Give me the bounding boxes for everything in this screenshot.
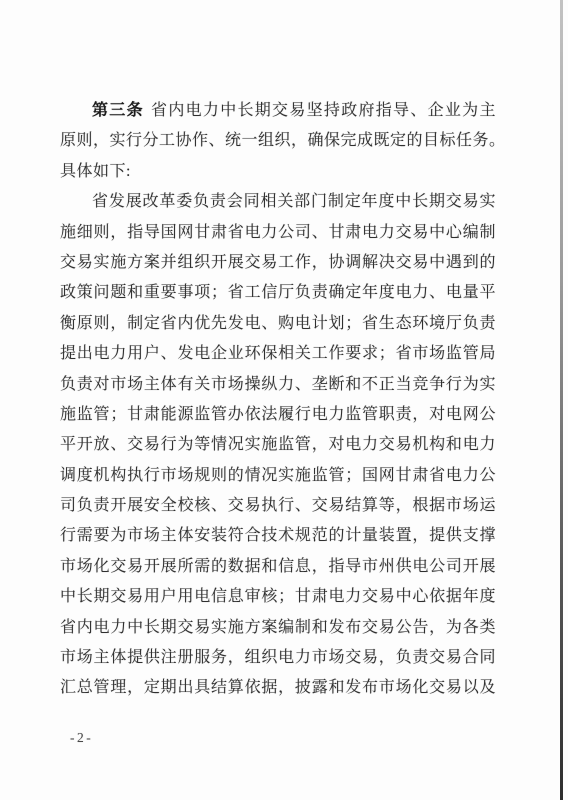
text-line: 施监管；甘肃能源监管办依法履行电力监管职责，对电网公	[60, 400, 496, 430]
text-line: 汇总管理，定期出具结算依据，披露和发布市场化交易以及	[60, 673, 496, 703]
document-body-text: 第三条省内电力中长期交易坚持政府指导、企业为主 原则，实行分工协作、统一组织，确…	[60, 96, 496, 704]
scanned-document-page: 第三条省内电力中长期交易坚持政府指导、企业为主 原则，实行分工协作、统一组织，确…	[0, 0, 568, 800]
text-line: 施细则，指导国网甘肃省电力公司、甘肃电力交易中心编制	[60, 218, 496, 248]
article-heading-text: 省内电力中长期交易坚持政府指导、企业为主	[151, 102, 496, 119]
text-line: 交易实施方案并组织开展交易工作，协调解决交易中遇到的	[60, 248, 496, 278]
text-line: 衡原则，制定省内优先发电、购电计划；省生态环境厅负责	[60, 309, 496, 339]
scan-edge-line	[560, 0, 563, 800]
text-line: 调度机构执行市场规则的情况实施监管；国网甘肃省电力公	[60, 461, 496, 491]
page-number: -2-	[70, 730, 93, 746]
text-line: 市场主体提供注册服务，组织电力市场交易，负责交易合同	[60, 643, 496, 673]
text-line: 行需要为市场主体安装符合技术规范的计量装置，提供支撑	[60, 521, 496, 551]
article-heading-line: 第三条省内电力中长期交易坚持政府指导、企业为主	[60, 96, 496, 126]
text-line: 省发展改革委负责会同相关部门制定年度中长期交易实	[60, 187, 496, 217]
text-line: 平开放、交易行为等情况实施监管，对电力交易机构和电力	[60, 430, 496, 460]
text-line: 原则，实行分工协作、统一组织，确保完成既定的目标任务。	[60, 126, 496, 156]
article-number-label: 第三条	[92, 102, 144, 119]
text-line: 司负责开展安全校核、交易执行、交易结算等，根据市场运	[60, 491, 496, 521]
text-line: 负责对市场主体有关市场操纵力、垄断和不正当竞争行为实	[60, 370, 496, 400]
text-line: 中长期交易用户用电信息审核；甘肃电力交易中心依据年度	[60, 582, 496, 612]
text-line: 省内电力中长期交易实施方案编制和发布交易公告，为各类	[60, 613, 496, 643]
text-line: 市场化交易开展所需的数据和信息，指导市州供电公司开展	[60, 552, 496, 582]
text-line: 政策问题和重要事项；省工信厅负责确定年度电力、电量平	[60, 278, 496, 308]
text-line: 提出电力用户、发电企业环保相关工作要求；省市场监管局	[60, 339, 496, 369]
text-line: 具体如下:	[60, 157, 496, 187]
